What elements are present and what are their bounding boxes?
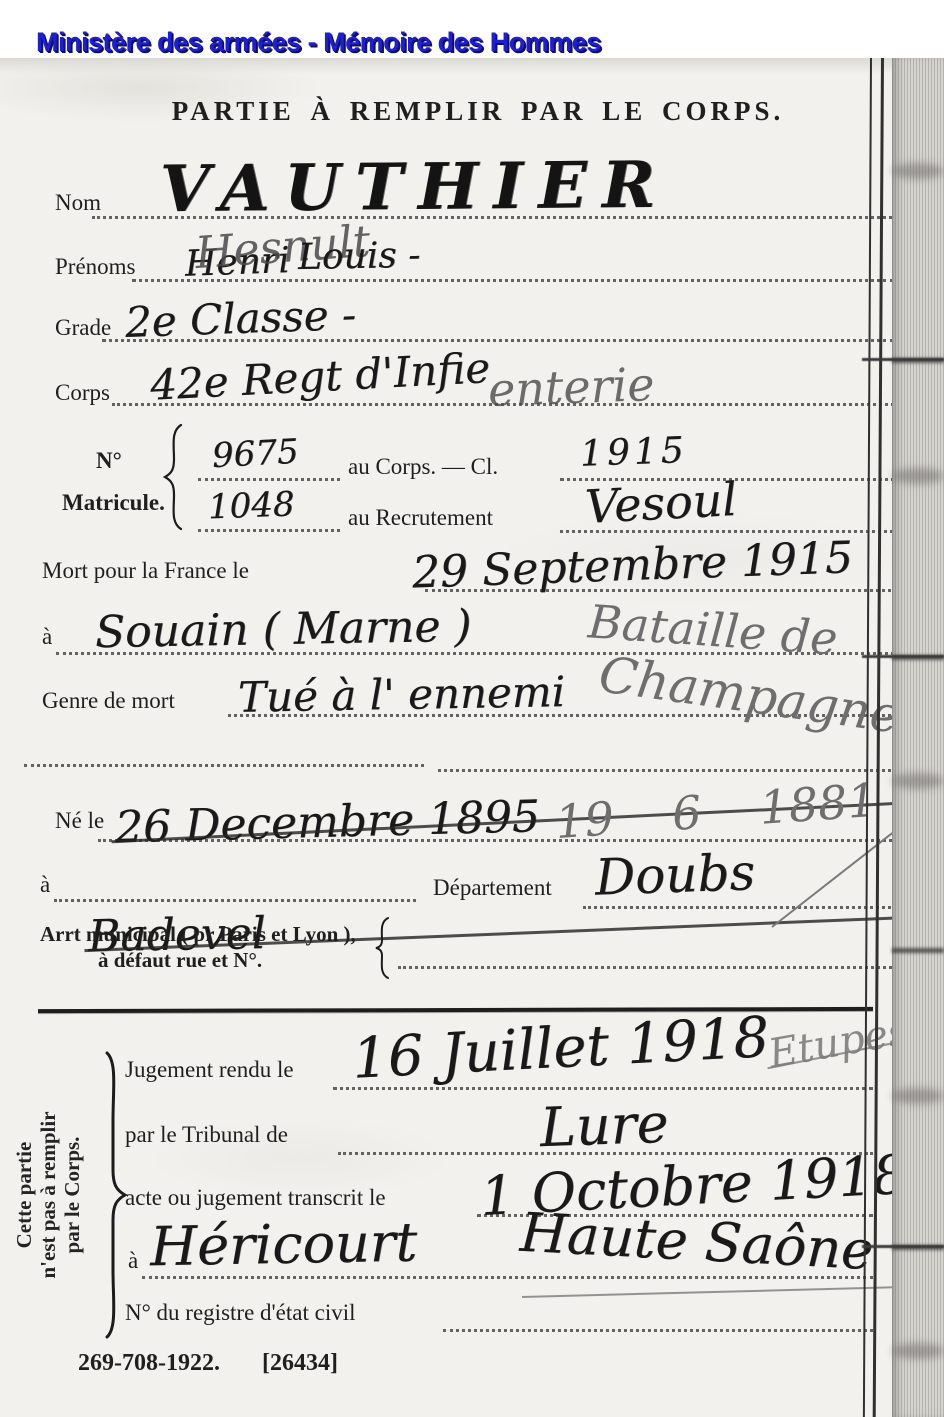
lieu-mort-value: Souain ( Marne ) — [95, 601, 472, 659]
dotted-line — [54, 899, 416, 902]
binding-smudge — [892, 1088, 944, 1104]
matricule-label: Matricule. — [62, 490, 165, 516]
matricule-corps-number: 9675 — [211, 432, 300, 476]
footer-reference: 269-708-1922. — [78, 1350, 220, 1377]
classe-value: 1915 — [579, 430, 688, 475]
matricule-no-label: N° — [96, 448, 122, 474]
arrondissement-label-2: à défaut rue et N°. — [98, 948, 262, 973]
corps-overlay: enterie — [487, 357, 655, 417]
margin-note-line: n'est pas à remplir — [36, 1065, 60, 1325]
binding-smudge — [892, 468, 944, 484]
naissance-label: Né le — [55, 808, 104, 834]
dotted-line — [583, 906, 903, 909]
registre-label: N° du registre d'état civil — [125, 1300, 356, 1326]
au-recrutement-label: au Recrutement — [348, 505, 493, 531]
dotted-line — [438, 769, 903, 772]
binding-smudge — [892, 1343, 944, 1359]
margin-note: Cette partie n'est pas à remplir par le … — [12, 1065, 112, 1325]
corps-label: Corps — [55, 380, 110, 406]
binding-tick — [862, 1245, 944, 1248]
jugement-lieu-label: à — [128, 1248, 138, 1274]
naissance-date-crayon: 19 6 1881 — [554, 773, 879, 849]
binding-tick — [862, 655, 944, 658]
footer-number: [26434] — [262, 1350, 338, 1377]
jugement-lieu-value: Héricourt — [149, 1211, 417, 1279]
tribunal-label: par le Tribunal de — [125, 1122, 288, 1148]
genre-mort-value: Tué à l' ennemi — [238, 667, 566, 722]
recrutement-place: Vesoul — [584, 472, 738, 534]
binding-tick — [862, 358, 944, 361]
tribunal-value: Lure — [539, 1092, 670, 1159]
margin-note-line: par le Corps. — [60, 1065, 84, 1325]
matricule-brace — [160, 423, 186, 531]
jugement-departement-value: Haute Saône — [519, 1201, 875, 1282]
pencil-stroke — [522, 1286, 912, 1298]
grade-value: 2e Classe - — [124, 290, 357, 347]
margin-note-line: Cette partie — [12, 1065, 36, 1325]
lieu-mort-label: à — [42, 624, 52, 650]
dotted-line — [198, 478, 340, 481]
dotted-line — [198, 529, 340, 532]
binding-smudge — [892, 163, 944, 179]
prenoms-label: Prénoms — [55, 254, 136, 280]
corps-value: 42e Regt d'Infie — [149, 343, 491, 410]
genre-mort-label: Genre de mort — [42, 688, 175, 714]
departement-label: Département — [433, 875, 552, 901]
nom-value: VAUTHIER — [160, 148, 671, 227]
arrondissement-brace — [372, 916, 392, 980]
departement-value: Doubs — [594, 843, 756, 907]
dotted-line — [398, 966, 903, 969]
jugement-rendu-date: 16 Juillet 1918 — [351, 1005, 771, 1092]
au-corps-label: au Corps. — Cl. — [348, 454, 498, 480]
matricule-recrutement-number: 1048 — [207, 485, 295, 528]
mort-label: Mort pour la France le — [42, 558, 249, 584]
lieu-naissance-label: à — [40, 872, 50, 898]
arrondissement-label-1: Arrt municipal ( pr Paris et Lyon ), — [40, 922, 356, 947]
section-title: PARTIE À REMPLIR PAR LE CORPS. — [168, 96, 788, 127]
book-binding-edge — [892, 58, 944, 1417]
binding-smudge — [892, 948, 944, 953]
genre-mort-annotation: Champagne — [595, 645, 903, 745]
dotted-line — [24, 764, 424, 767]
grade-label: Grade — [55, 315, 111, 341]
prenoms-suffix: Louis - — [298, 235, 421, 278]
nom-label: Nom — [55, 190, 101, 216]
scanned-record-page: Ministère des armées - Mémoire des Homme… — [0, 0, 944, 1417]
site-header-title: Ministère des armées - Mémoire des Homme… — [36, 27, 601, 58]
document-scan: PARTIE À REMPLIR PAR LE CORPS. Nom VAUTH… — [0, 58, 944, 1417]
binding-smudge — [892, 773, 944, 789]
dotted-line — [443, 1329, 873, 1332]
jugement-rendu-label: Jugement rendu le — [125, 1057, 294, 1083]
transcrit-label: acte ou jugement transcrit le — [125, 1185, 386, 1211]
